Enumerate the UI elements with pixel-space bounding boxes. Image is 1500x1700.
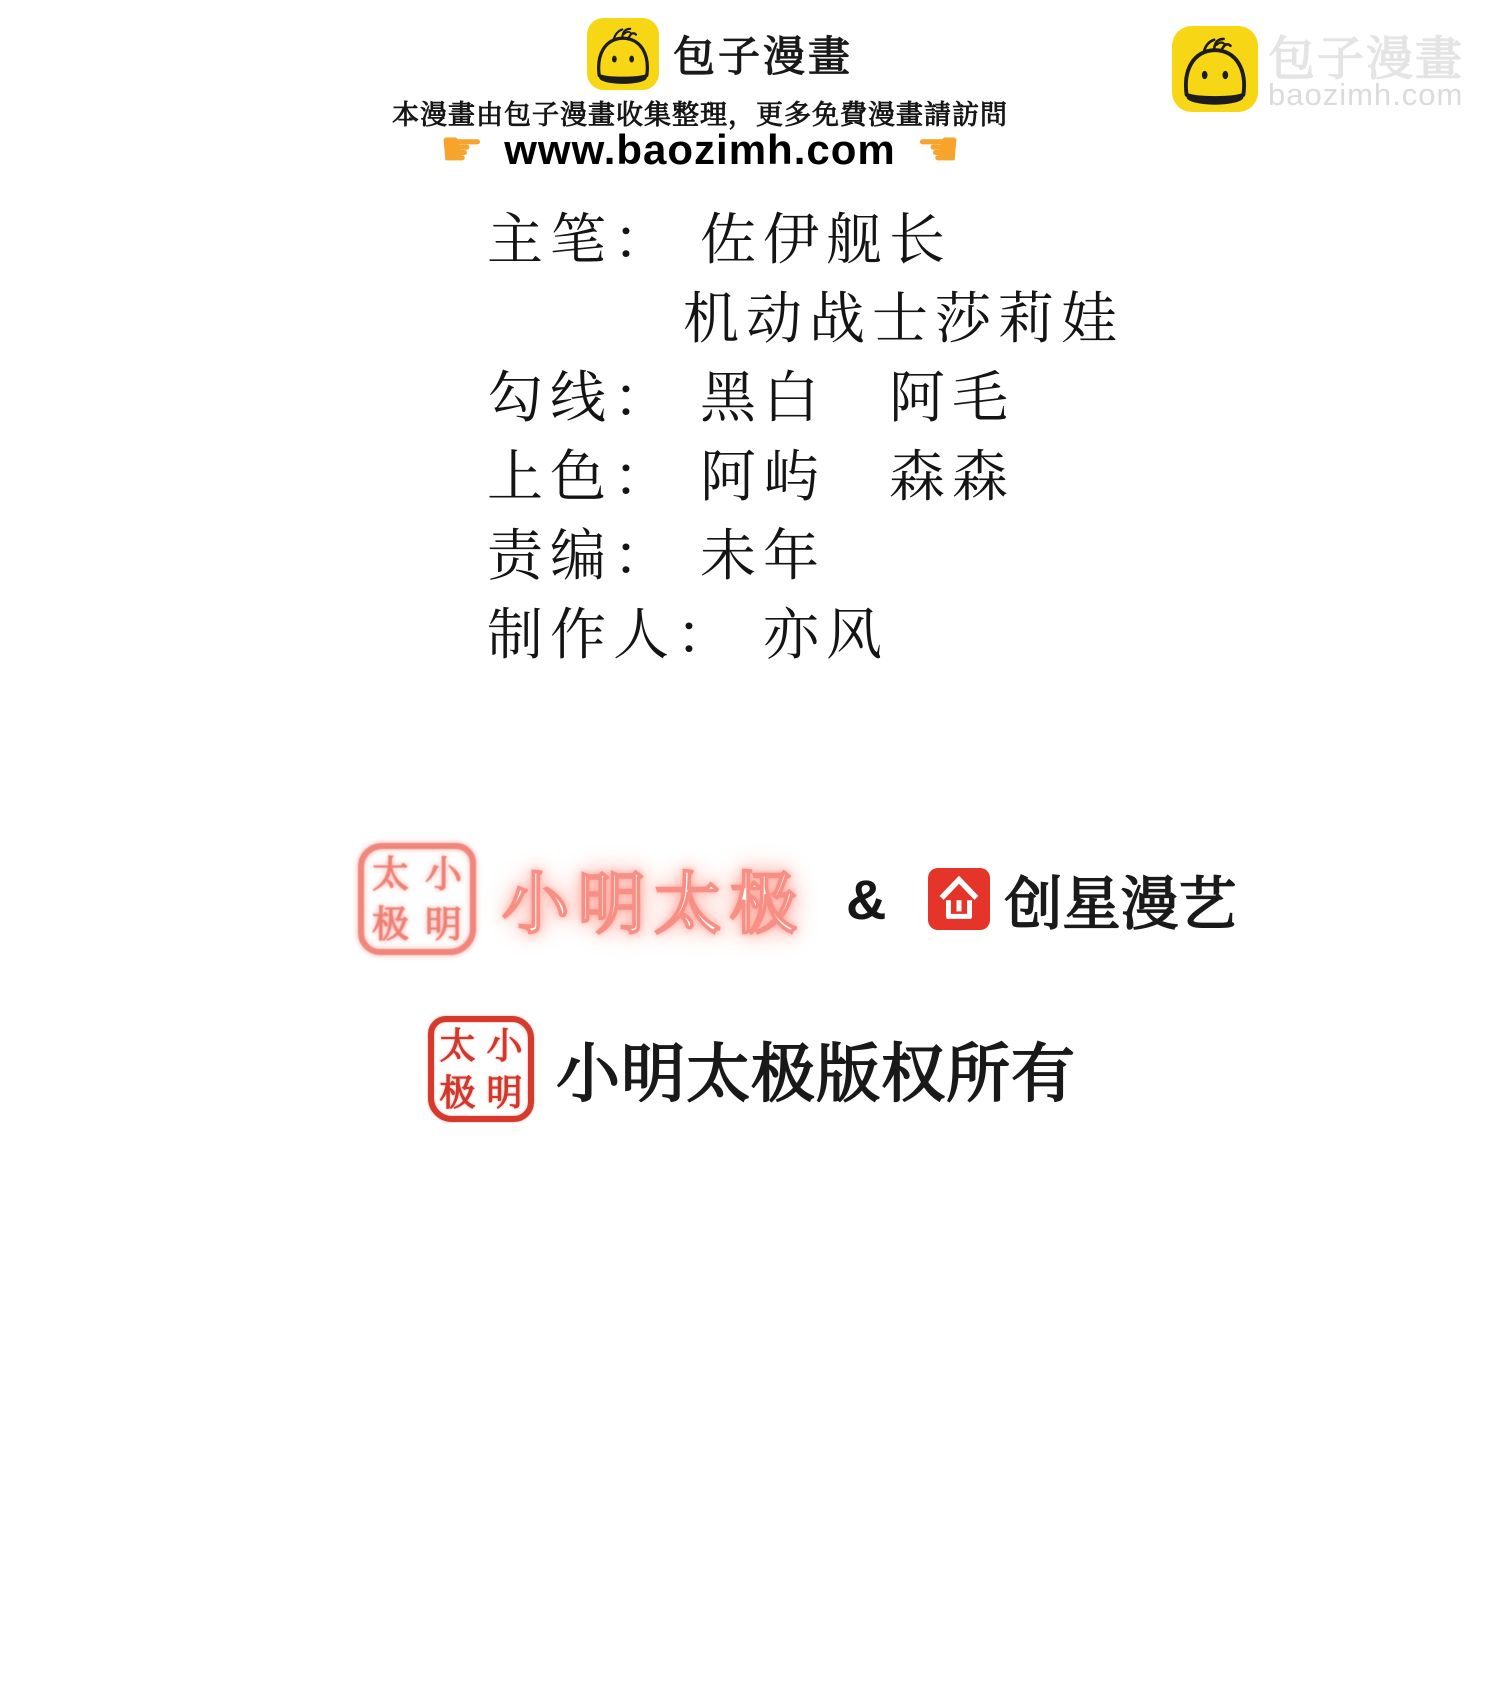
- seal-char: 小: [486, 1028, 522, 1064]
- publisher-name: 创星漫艺: [1004, 857, 1236, 941]
- ampersand: &: [846, 867, 886, 932]
- credit-name: 黑白 阿毛: [700, 354, 1015, 434]
- copyright-row: 太 小 极 明 小明太极版权所有: [428, 1016, 1076, 1122]
- seal-char: 极: [372, 906, 409, 943]
- credit-label: 勾线：: [487, 354, 676, 434]
- baozi-bun-logo-icon: [587, 18, 659, 90]
- credit-name: 未年: [700, 512, 826, 592]
- credit-name: 阿屿 森森: [700, 433, 1015, 513]
- credit-line-editor: 责编： 未年: [487, 512, 1124, 591]
- watermark-brand: 包子漫畫: [1268, 34, 1464, 83]
- credit-label: 制作人：: [487, 591, 739, 671]
- comic-credits-page: 包子漫畫 包子漫畫 baozimh.com 本漫畫由包子漫畫收集整理，更多免費漫…: [0, 0, 1500, 1700]
- credit-name: 机动战士莎莉娃: [683, 275, 1124, 355]
- copyright-text: 小明太极版权所有: [556, 1023, 1076, 1115]
- credit-line-lead-artist-2: 机动战士莎莉娃: [683, 275, 1124, 354]
- pointing-right-hand-icon: ☛: [439, 122, 484, 177]
- credit-line-inking: 勾线： 黑白 阿毛: [487, 354, 1124, 433]
- seal-char: 太: [372, 856, 409, 893]
- partners-row: 太 小 极 明 小明太极 & 创星漫艺: [358, 843, 1236, 955]
- studio-seal-stamp: 太 小 极 明: [358, 843, 476, 955]
- site-url: www.baozimh.com: [504, 126, 895, 174]
- credits-block: 主笔： 佐伊舰长 机动战士莎莉娃 勾线： 黑白 阿毛 上色： 阿屿 森森 责编：…: [487, 196, 1124, 670]
- credit-label: 责编：: [487, 512, 676, 592]
- seal-char: 极: [439, 1075, 475, 1111]
- brand-name: 包子漫畫: [673, 24, 853, 84]
- credit-name: 亦风: [763, 591, 889, 671]
- seal-char: 明: [486, 1075, 522, 1111]
- credit-name: 佐伊舰长: [700, 196, 952, 276]
- site-url-row: ☛ www.baozimh.com ☚: [0, 122, 1400, 177]
- publisher-logo-icon: [928, 868, 990, 930]
- credit-label: 上色：: [487, 433, 676, 513]
- seal-char: 太: [439, 1028, 475, 1064]
- credit-line-coloring: 上色： 阿屿 森森: [487, 433, 1124, 512]
- credit-line-lead-artist: 主笔： 佐伊舰长: [487, 196, 1124, 275]
- credit-line-producer: 制作人： 亦风: [487, 591, 1124, 670]
- seal-char: 小: [425, 856, 462, 893]
- studio-name: 小明太极: [502, 851, 806, 947]
- seal-char: 明: [425, 906, 462, 943]
- copyright-seal-stamp: 太 小 极 明: [428, 1016, 534, 1122]
- pointing-left-hand-icon: ☚: [916, 122, 961, 177]
- credit-label: 主笔：: [487, 196, 676, 276]
